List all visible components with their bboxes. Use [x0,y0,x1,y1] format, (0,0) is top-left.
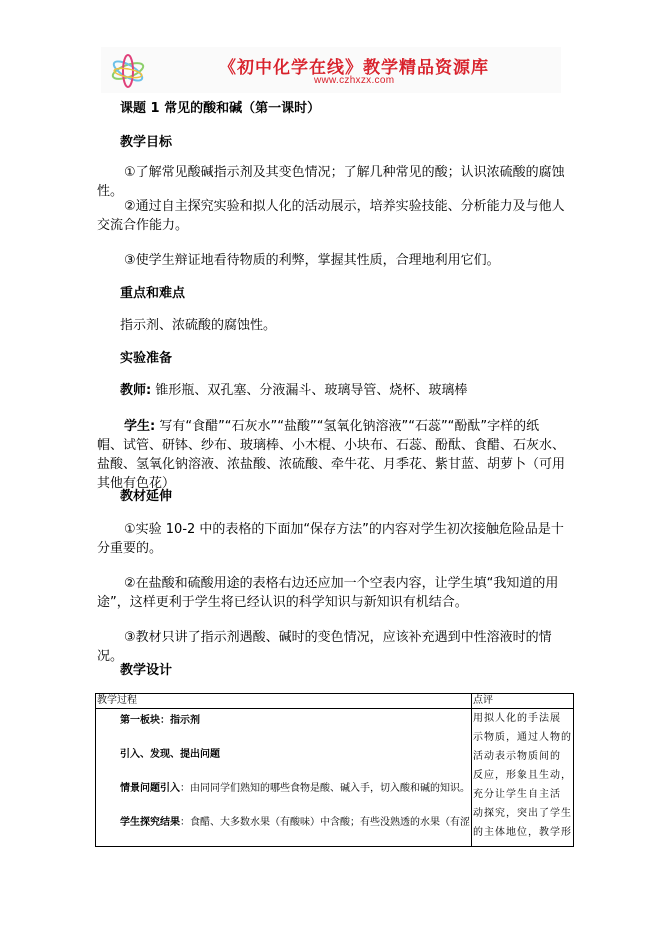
comment-line: 示物质，通过人物的 [473,728,572,747]
objective-3: ③使学生辩证地看待物质的利弊，掌握其性质，合理地利用它们。 [97,251,565,270]
extension-heading: 教材延伸 [120,487,540,506]
banner-url[interactable]: www.czhxzx.com [314,75,394,86]
key-points-heading: 重点和难点 [120,284,540,303]
site-banner: 《初中化学在线》教学精品资源库 www.czhxzx.com [101,47,561,93]
comment-line: 的主体地位，教学形 [473,823,572,842]
comment-cell: 用拟人化的手法展 示物质，通过人物的 活动表示物质间的 反应，形象且生动， 充分… [472,709,574,847]
header-comment: 点评 [472,694,574,709]
teacher-equipment: 教师: 锥形瓶、双孔塞、分液漏斗、玻璃导管、烧杯、玻璃棒 [120,381,560,400]
teacher-label: 教师: [120,383,151,398]
design-heading: 教学设计 [120,661,540,680]
header-process: 教学过程 [96,694,472,709]
comment-line: 活动表示物质间的 [473,747,572,766]
comment-line: 反应，形象且生动， [473,766,572,785]
atom-logo-icon [109,51,147,89]
intro-label: 引入、发现、提出问题 [120,745,470,764]
scenario-row: 情景问题引入：由同同学们熟知的哪些食物是酸、碱入手，切入酸和碱的知识。 [120,779,470,798]
teaching-design-table: 教学过程 点评 第一板块：指示剂 引入、发现、提出问题 情景问题引入：由同同学们… [95,693,574,847]
objective-1: ①了解常见酸碱指示剂及其变色情况；了解几种常见的酸；认识浓硫酸的腐蚀性。 [97,163,565,201]
process-cell: 第一板块：指示剂 引入、发现、提出问题 情景问题引入：由同同学们熟知的哪些食物是… [96,709,472,847]
block-title: 第一板块：指示剂 [120,711,470,730]
key-points-text: 指示剂、浓硫酸的腐蚀性。 [120,316,560,335]
result-text: ：食醋、大多数水果（有酸味）中含酸；有些没熟透的水果（有涩 [180,817,470,828]
teacher-items: 锥形瓶、双孔塞、分液漏斗、玻璃导管、烧杯、玻璃棒 [151,383,467,398]
student-equipment: 学生: 写有“食醋”“石灰水”“盐酸”“氢氧化钠溶液”“石蕊”“酚酞”字样的纸帽… [97,417,565,493]
scenario-text: ：由同同学们熟知的哪些食物是酸、碱入手，切入酸和碱的知识。 [180,783,470,794]
document-title: 课题 1 常见的酸和碱（第一课时） [120,99,540,118]
scenario-label: 情景问题引入 [120,783,180,794]
extension-1: ①实验 10-2 中的表格的下面加“保存方法”的内容对学生初次接触危险品是十分重… [97,520,565,558]
result-label: 学生探究结果 [120,817,180,828]
objectives-heading: 教学目标 [120,133,540,152]
student-items: 写有“食醋”“石灰水”“盐酸”“氢氧化钠溶液”“石蕊”“酚酞”字样的纸帽、试管、… [97,419,565,491]
objective-2: ②通过自主探究实验和拟人化的活动展示，培养实验技能、分析能力及与他人交流合作能力… [97,197,565,235]
preparation-heading: 实验准备 [120,349,540,368]
comment-line: 用拟人化的手法展 [473,709,572,728]
comment-line: 动探究，突出了学生 [473,804,572,823]
result-row: 学生探究结果：食醋、大多数水果（有酸味）中含酸；有些没熟透的水果（有涩 [120,813,470,832]
extension-2: ②在盐酸和硫酸用途的表格右边还应加一个空表内容，让学生填“我知道的用途”，这样更… [97,574,565,612]
student-label: 学生: [124,419,155,434]
comment-line: 充分让学生自主活 [473,785,572,804]
